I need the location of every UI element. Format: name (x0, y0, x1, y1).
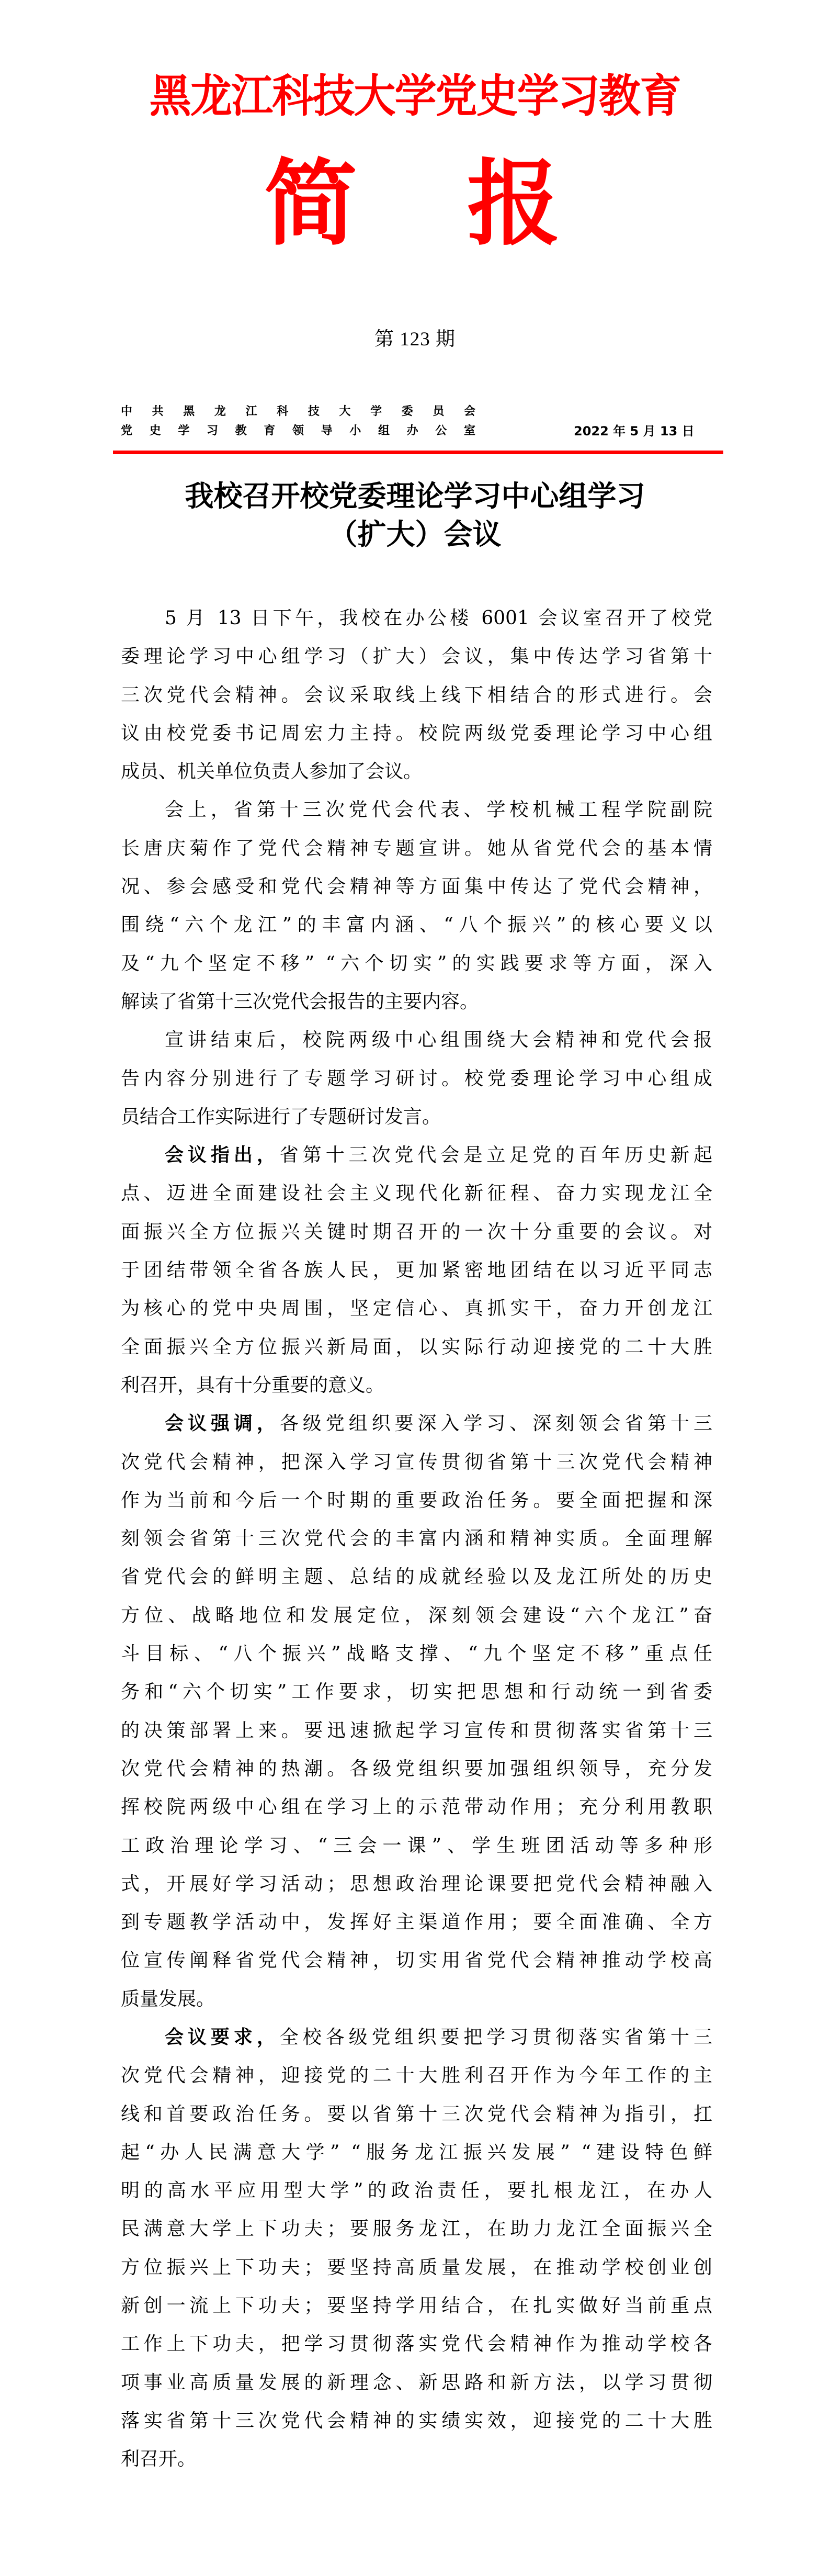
paragraph-line: 面振兴全方位振兴关键时期召开的一次十分重要的会议。对 (121, 1213, 712, 1251)
article-paragraph: 宣讲结束后，校院两级中心组围绕大会精神和党代会报告内容分别进行了专题学习研讨。校… (121, 1021, 712, 1136)
paragraph-line-text: 的决策部署上来。要迅速掀起学习宣传和贯彻落实省第十三 (121, 1720, 712, 1741)
paragraph-line: 方位振兴上下功夫；要坚持高质量发展，在推动学校创业创 (121, 2248, 712, 2287)
paragraph-line-text: 全校各级党组织要把学习贯彻落实省第十三 (280, 2027, 712, 2048)
paragraph-line-text: 会上，省第十三次党代会代表、学校机械工程学院副院 (165, 799, 712, 820)
paragraph-line: 省党代会的鲜明主题、总结的成就经验以及龙江所处的历史 (121, 1558, 712, 1596)
issuer-line-1: 中共黑龙江科技大学委员会 (121, 405, 475, 419)
paragraph-line: 会议强调，各级党组织要深入学习、深刻领会省第十三 (121, 1404, 712, 1443)
paragraph-line-text: 5 月 13 日下午，我校在办公楼 6001 会议室召开了校党 (165, 608, 712, 629)
paragraph-line-text: 告内容分别进行了专题学习研讨。校党委理论学习中心组成 (121, 1068, 712, 1089)
paragraph-line-text: 次党代会精神的热潮。各级党组织要加强组织领导，充分发 (121, 1758, 712, 1780)
paragraph-line-text: 围绕“六个龙江”的丰富内涵、“八个振兴”的核心要义以 (121, 914, 712, 936)
paragraph-line-text: 工政治理论学习、“三会一课”、学生班团活动等多种形 (121, 1835, 712, 1857)
paragraph-line-text: 斗目标、“八个振兴”战略支撑、“九个坚定不移”重点任 (121, 1643, 712, 1664)
paragraph-line-text: 况、参会感受和党代会精神等方面集中传达了党代会精神， (121, 876, 712, 897)
paragraph-line-text: 务和“六个切实”工作要求，切实把思想和行动统一到省委 (121, 1681, 712, 1703)
paragraph-line-text: 点、迈进全面建设社会主义现代化新征程、奋力实现龙江全 (121, 1183, 712, 1204)
masthead-name-char-2: 报 (467, 152, 560, 256)
paragraph-line: 及“九个坚定不移” “六个切实”的实践要求等方面，深入 (121, 944, 712, 983)
paragraph-line-text: 省党代会的鲜明主题、总结的成就经验以及龙江所处的历史 (121, 1566, 712, 1588)
paragraph-line: 于团结带领全省各族人民，更加紧密地团结在以习近平同志 (121, 1251, 712, 1289)
paragraph-line: 利召开，具有十分重要的意义。 (121, 1366, 712, 1404)
paragraph-line-text: 民满意大学上下功夫；要服务龙江，在助力龙江全面振兴全 (121, 2218, 712, 2240)
paragraph-line: 工政治理论学习、“三会一课”、学生班团活动等多种形 (121, 1827, 712, 1865)
paragraph-line-text: 方位振兴上下功夫；要坚持高质量发展，在推动学校创业创 (121, 2257, 712, 2278)
paragraph-line-text: 三次党代会精神。会议采取线上线下相结合的形式进行。会 (121, 684, 712, 706)
paragraph-line: 告内容分别进行了专题学习研讨。校党委理论学习中心组成 (121, 1060, 712, 1098)
paragraph-line: 围绕“六个龙江”的丰富内涵、“八个振兴”的核心要义以 (121, 906, 712, 944)
paragraph-line: 为核心的党中央周围，坚定信心、真抓实干，奋力开创龙江 (121, 1289, 712, 1328)
issue-number: 第 123 期 (0, 327, 830, 353)
paragraph-line-text: 到专题教学活动中，发挥好主渠道作用；要全面准确、全方 (121, 1911, 712, 1933)
paragraph-line: 务和“六个切实”工作要求，切实把思想和行动统一到省委 (121, 1673, 712, 1711)
paragraph-line-text: 议由校党委书记周宏力主持。校院两级党委理论学习中心组 (121, 723, 712, 744)
paragraph-line: 员结合工作实际进行了专题研讨发言。 (121, 1098, 712, 1136)
paragraph-line: 利召开。 (121, 2440, 712, 2478)
paragraph-line: 位宣传阐释省党代会精神，切实用省党代会精神推动学校高 (121, 1941, 712, 1979)
paragraph-line: 宣讲结束后，校院两级中心组围绕大会精神和党代会报 (121, 1021, 712, 1059)
paragraph-line: 会议要求，全校各级党组织要把学习贯彻落实省第十三 (121, 2018, 712, 2056)
paragraph-line-text: 次党代会精神，把深入学习宣传贯彻省第十三次党代会精神 (121, 1452, 712, 1473)
paragraph-line: 斗目标、“八个振兴”战略支撑、“九个坚定不移”重点任 (121, 1635, 712, 1673)
paragraph-lead-in: 会议指出， (165, 1144, 280, 1166)
paragraph-line: 次党代会精神的热潮。各级党组织要加强组织领导，充分发 (121, 1750, 712, 1788)
paragraph-line-text: 明的高水平应用型大学”的政治责任，要扎根龙江，在办人 (121, 2180, 712, 2201)
paragraph-line-text: 位宣传阐释省党代会精神，切实用省党代会精神推动学校高 (121, 1950, 712, 1971)
paragraph-line: 长唐庆菊作了党代会精神专题宣讲。她从省党代会的基本情 (121, 829, 712, 868)
issuer-line-2: 党史学习教育领导小组办公室 (121, 424, 475, 438)
paragraph-line: 方位、战略地位和发展定位，深刻领会建设“六个龙江”奋 (121, 1596, 712, 1635)
paragraph-line: 刻领会省第十三次党代会的丰富内涵和精神实质。全面理解 (121, 1520, 712, 1558)
paragraph-line: 作为当前和今后一个时期的重要政治任务。要全面把握和深 (121, 1481, 712, 1520)
paragraph-line: 的决策部署上来。要迅速掀起学习宣传和贯彻落实省第十三 (121, 1712, 712, 1750)
masthead-name-char-1: 简 (264, 152, 357, 256)
paragraph-line-text: 起“办人民满意大学” “服务龙江振兴发展” “建设特色鲜 (121, 2142, 712, 2163)
article-paragraph: 会议指出，省第十三次党代会是立足党的百年历史新起点、迈进全面建设社会主义现代化新… (121, 1136, 712, 1404)
paragraph-line: 成员、机关单位负责人参加了会议。 (121, 752, 712, 791)
paragraph-line-text: 省第十三次党代会是立足党的百年历史新起 (280, 1144, 712, 1166)
paragraph-line: 解读了省第十三次党代会报告的主要内容。 (121, 983, 712, 1021)
paragraph-line-text: 解读了省第十三次党代会报告的主要内容。 (121, 991, 479, 1013)
paragraph-line: 会上，省第十三次党代会代表、学校机械工程学院副院 (121, 791, 712, 829)
paragraph-line: 新创一流上下功夫；要坚持学用结合，在扎实做好当前重点 (121, 2287, 712, 2325)
paragraph-line: 挥校院两级中心组在学习上的示范带动作用；充分利用教职 (121, 1788, 712, 1826)
paragraph-line-text: 面振兴全方位振兴关键时期召开的一次十分重要的会议。对 (121, 1221, 712, 1243)
paragraph-line: 况、参会感受和党代会精神等方面集中传达了党代会精神， (121, 868, 712, 906)
paragraph-line: 工作上下功夫，把学习贯彻落实党代会精神作为推动学校各 (121, 2325, 712, 2363)
paragraph-line-text: 于团结带领全省各族人民，更加紧密地团结在以习近平同志 (121, 1259, 712, 1281)
paragraph-line: 会议指出，省第十三次党代会是立足党的百年历史新起 (121, 1136, 712, 1174)
paragraph-line: 次党代会精神，把深入学习宣传贯彻省第十三次党代会精神 (121, 1443, 712, 1481)
paragraph-line: 线和首要政治任务。要以省第十三次党代会精神为指引，扛 (121, 2095, 712, 2133)
paragraph-line: 次党代会精神，迎接党的二十大胜利召开作为今年工作的主 (121, 2056, 712, 2095)
paragraph-line-text: 长唐庆菊作了党代会精神专题宣讲。她从省党代会的基本情 (121, 838, 712, 859)
paragraph-line: 质量发展。 (121, 1980, 712, 2018)
paragraph-line-text: 挥校院两级中心组在学习上的示范带动作用；充分利用教职 (121, 1796, 712, 1818)
paragraph-line-text: 作为当前和今后一个时期的重要政治任务。要全面把握和深 (121, 1490, 712, 1511)
paragraph-line-text: 质量发展。 (121, 1988, 215, 2010)
paragraph-line: 明的高水平应用型大学”的政治责任，要扎根龙江，在办人 (121, 2172, 712, 2210)
paragraph-lead-in: 会议强调， (165, 1412, 280, 1434)
paragraph-line-text: 利召开，具有十分重要的意义。 (121, 1375, 384, 1396)
article-title-line-1: 我校召开校党委理论学习中心组学习 (0, 477, 830, 515)
paragraph-line: 落实省第十三次党代会精神的实绩实效，迎接党的二十大胜 (121, 2402, 712, 2440)
paragraph-line-text: 新创一流上下功夫；要坚持学用结合，在扎实做好当前重点 (121, 2295, 712, 2316)
paragraph-line-text: 线和首要政治任务。要以省第十三次党代会精神为指引，扛 (121, 2103, 712, 2125)
paragraph-line: 5 月 13 日下午，我校在办公楼 6001 会议室召开了校党 (121, 599, 712, 637)
paragraph-line: 议由校党委书记周宏力主持。校院两级党委理论学习中心组 (121, 714, 712, 752)
paragraph-line: 到专题教学活动中，发挥好主渠道作用；要全面准确、全方 (121, 1903, 712, 1941)
paragraph-line-text: 项事业高质量发展的新理念、新思路和新方法，以学习贯彻 (121, 2372, 712, 2393)
paragraph-line: 民满意大学上下功夫；要服务龙江，在助力龙江全面振兴全 (121, 2210, 712, 2248)
article-paragraph: 会上，省第十三次党代会代表、学校机械工程学院副院长唐庆菊作了党代会精神专题宣讲。… (121, 791, 712, 1021)
article-paragraph: 5 月 13 日下午，我校在办公楼 6001 会议室召开了校党委理论学习中心组学… (121, 599, 712, 791)
paragraph-line-text: 委理论学习中心组学习（扩大）会议，集中传达学习省第十 (121, 646, 712, 667)
masthead-title: 黑龙江科技大学党史学习教育 (29, 72, 801, 120)
article-title-line-2: （扩大）会议 (0, 515, 830, 553)
paragraph-line-text: 员结合工作实际进行了专题研讨发言。 (121, 1106, 441, 1128)
paragraph-line: 起“办人民满意大学” “服务龙江振兴发展” “建设特色鲜 (121, 2133, 712, 2172)
paragraph-line-text: 成员、机关单位负责人参加了会议。 (121, 761, 422, 782)
paragraph-line-text: 为核心的党中央周围，坚定信心、真抓实干，奋力开创龙江 (121, 1298, 712, 1319)
paragraph-line: 点、迈进全面建设社会主义现代化新征程、奋力实现龙江全 (121, 1174, 712, 1212)
paragraph-line: 三次党代会精神。会议采取线上线下相结合的形式进行。会 (121, 676, 712, 714)
paragraph-lead-in: 会议要求， (165, 2026, 280, 2048)
paragraph-line: 全面振兴全方位振兴新局面，以实际行动迎接党的二十大胜 (121, 1328, 712, 1366)
paragraph-line-text: 次党代会精神，迎接党的二十大胜利召开作为今年工作的主 (121, 2065, 712, 2086)
paragraph-line-text: 刻领会省第十三次党代会的丰富内涵和精神实质。全面理解 (121, 1528, 712, 1549)
paragraph-line-text: 全面振兴全方位振兴新局面，以实际行动迎接党的二十大胜 (121, 1336, 712, 1358)
paragraph-line: 式，开展好学习活动；思想政治理论课要把党代会精神融入 (121, 1865, 712, 1903)
paragraph-line-text: 利召开。 (121, 2448, 196, 2470)
issue-date: 2022 年 5 月 13 日 (574, 424, 695, 438)
article-body: 5 月 13 日下午，我校在办公楼 6001 会议室召开了校党委理论学习中心组学… (121, 599, 712, 2479)
paragraph-line-text: 工作上下功夫，把学习贯彻落实党代会精神作为推动学校各 (121, 2333, 712, 2355)
paragraph-line-text: 宣讲结束后，校院两级中心组围绕大会精神和党代会报 (165, 1029, 712, 1051)
paragraph-line-text: 各级党组织要深入学习、深刻领会省第十三 (280, 1413, 712, 1434)
paragraph-line-text: 式，开展好学习活动；思想政治理论课要把党代会精神融入 (121, 1873, 712, 1895)
article-paragraph: 会议要求，全校各级党组织要把学习贯彻落实省第十三次党代会精神，迎接党的二十大胜利… (121, 2018, 712, 2479)
paragraph-line: 项事业高质量发展的新理念、新思路和新方法，以学习贯彻 (121, 2364, 712, 2402)
article-paragraph: 会议强调，各级党组织要深入学习、深刻领会省第十三次党代会精神，把深入学习宣传贯彻… (121, 1404, 712, 2018)
paragraph-line-text: 落实省第十三次党代会精神的实绩实效，迎接党的二十大胜 (121, 2410, 712, 2432)
paragraph-line-text: 及“九个坚定不移” “六个切实”的实践要求等方面，深入 (121, 953, 712, 974)
red-divider-rule (113, 451, 723, 454)
paragraph-line-text: 方位、战略地位和发展定位，深刻领会建设“六个龙江”奋 (121, 1605, 712, 1626)
paragraph-line: 委理论学习中心组学习（扩大）会议，集中传达学习省第十 (121, 637, 712, 676)
